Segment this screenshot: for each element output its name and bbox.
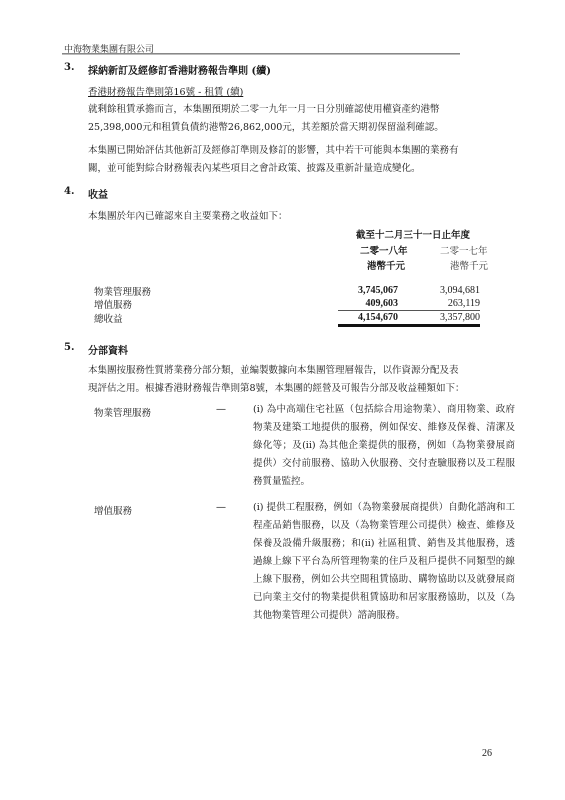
segment-name: 物業管理服務 — [94, 405, 151, 419]
segment-description: (i) 提供工程服務，例如（為物業發展商提供）自動化諮詢和工程產品銷售服務，以及… — [253, 499, 515, 625]
section-4-intro: 本集團於年內已確認來自主要業務之收益如下： — [88, 208, 288, 226]
value-2017: 3,094,681 — [400, 285, 480, 296]
segment-description: (i) 為中高端住宅社區（包括綜合用途物業）、商用物業、政府物業及建築工地提供的… — [253, 401, 515, 491]
column-2018-year: 二零一八年 — [360, 243, 408, 257]
section-3-para1-line2: 25,398,000元和租賃負債約港幣26,862,000元，其差額於當天期初保… — [88, 119, 444, 137]
table-period-header: 截至十二月三十一日止年度 — [356, 227, 470, 241]
section-5-intro-line2: 現評估之用。根據香港財務報告準則第8號，本集團的經營及可報告分部及收益種類如下： — [88, 380, 465, 398]
column-2017-unit: 港幣千元 — [450, 258, 488, 272]
section-5-number: 5. — [64, 342, 74, 353]
segment-dash: — — [216, 502, 226, 513]
value-2018: 3,745,067 — [318, 285, 398, 296]
row-label: 物業管理服務 — [94, 284, 151, 298]
section-5-title: 分部資料 — [88, 342, 128, 357]
value-2017: 3,357,800 — [400, 312, 480, 323]
segment-name: 增值服務 — [94, 503, 132, 517]
column-2017-year: 二零一七年 — [440, 243, 488, 257]
section-3-number: 3. — [64, 62, 74, 73]
section-5-intro-line1: 本集團按服務性質將業務分部分類，並編製數據向本集團管理層報告，以作資源分配及表 — [88, 362, 459, 380]
subtotal-rule — [338, 310, 480, 311]
segment-dash: — — [216, 404, 226, 415]
column-2018-unit: 港幣千元 — [367, 258, 405, 272]
section-4-title: 收益 — [88, 186, 108, 201]
total-double-rule — [338, 324, 480, 327]
section-3-para2-line2: 關，並可能對綜合財務報表內某些項目之會計政策、披露及重新計量造成變化。 — [88, 160, 421, 178]
value-2018: 4,154,670 — [318, 312, 398, 323]
row-label: 增值服務 — [94, 297, 132, 311]
page-number: 26 — [482, 748, 492, 759]
section-3-subtitle: 香港財務報告準則第16號 - 租賃 (續) — [88, 84, 243, 98]
section-4-number: 4. — [64, 186, 74, 197]
section-3-para1-line1: 就剩餘租賃承擔而言，本集團預期於二零一九年一月一日分別確認使用權資產約港幣 — [88, 101, 440, 119]
header-divider — [62, 53, 460, 55]
value-2017: 263,119 — [400, 298, 480, 309]
value-2018: 409,603 — [318, 298, 398, 309]
section-3-para2-line1: 本集團已開始評估其他新訂及經修訂準則及修訂的影響，其中若干可能與本集團的業務有 — [88, 142, 459, 160]
section-3-title: 採納新訂及經修訂香港財務報告準則 (續) — [88, 62, 271, 77]
row-label: 總收益 — [94, 311, 123, 325]
